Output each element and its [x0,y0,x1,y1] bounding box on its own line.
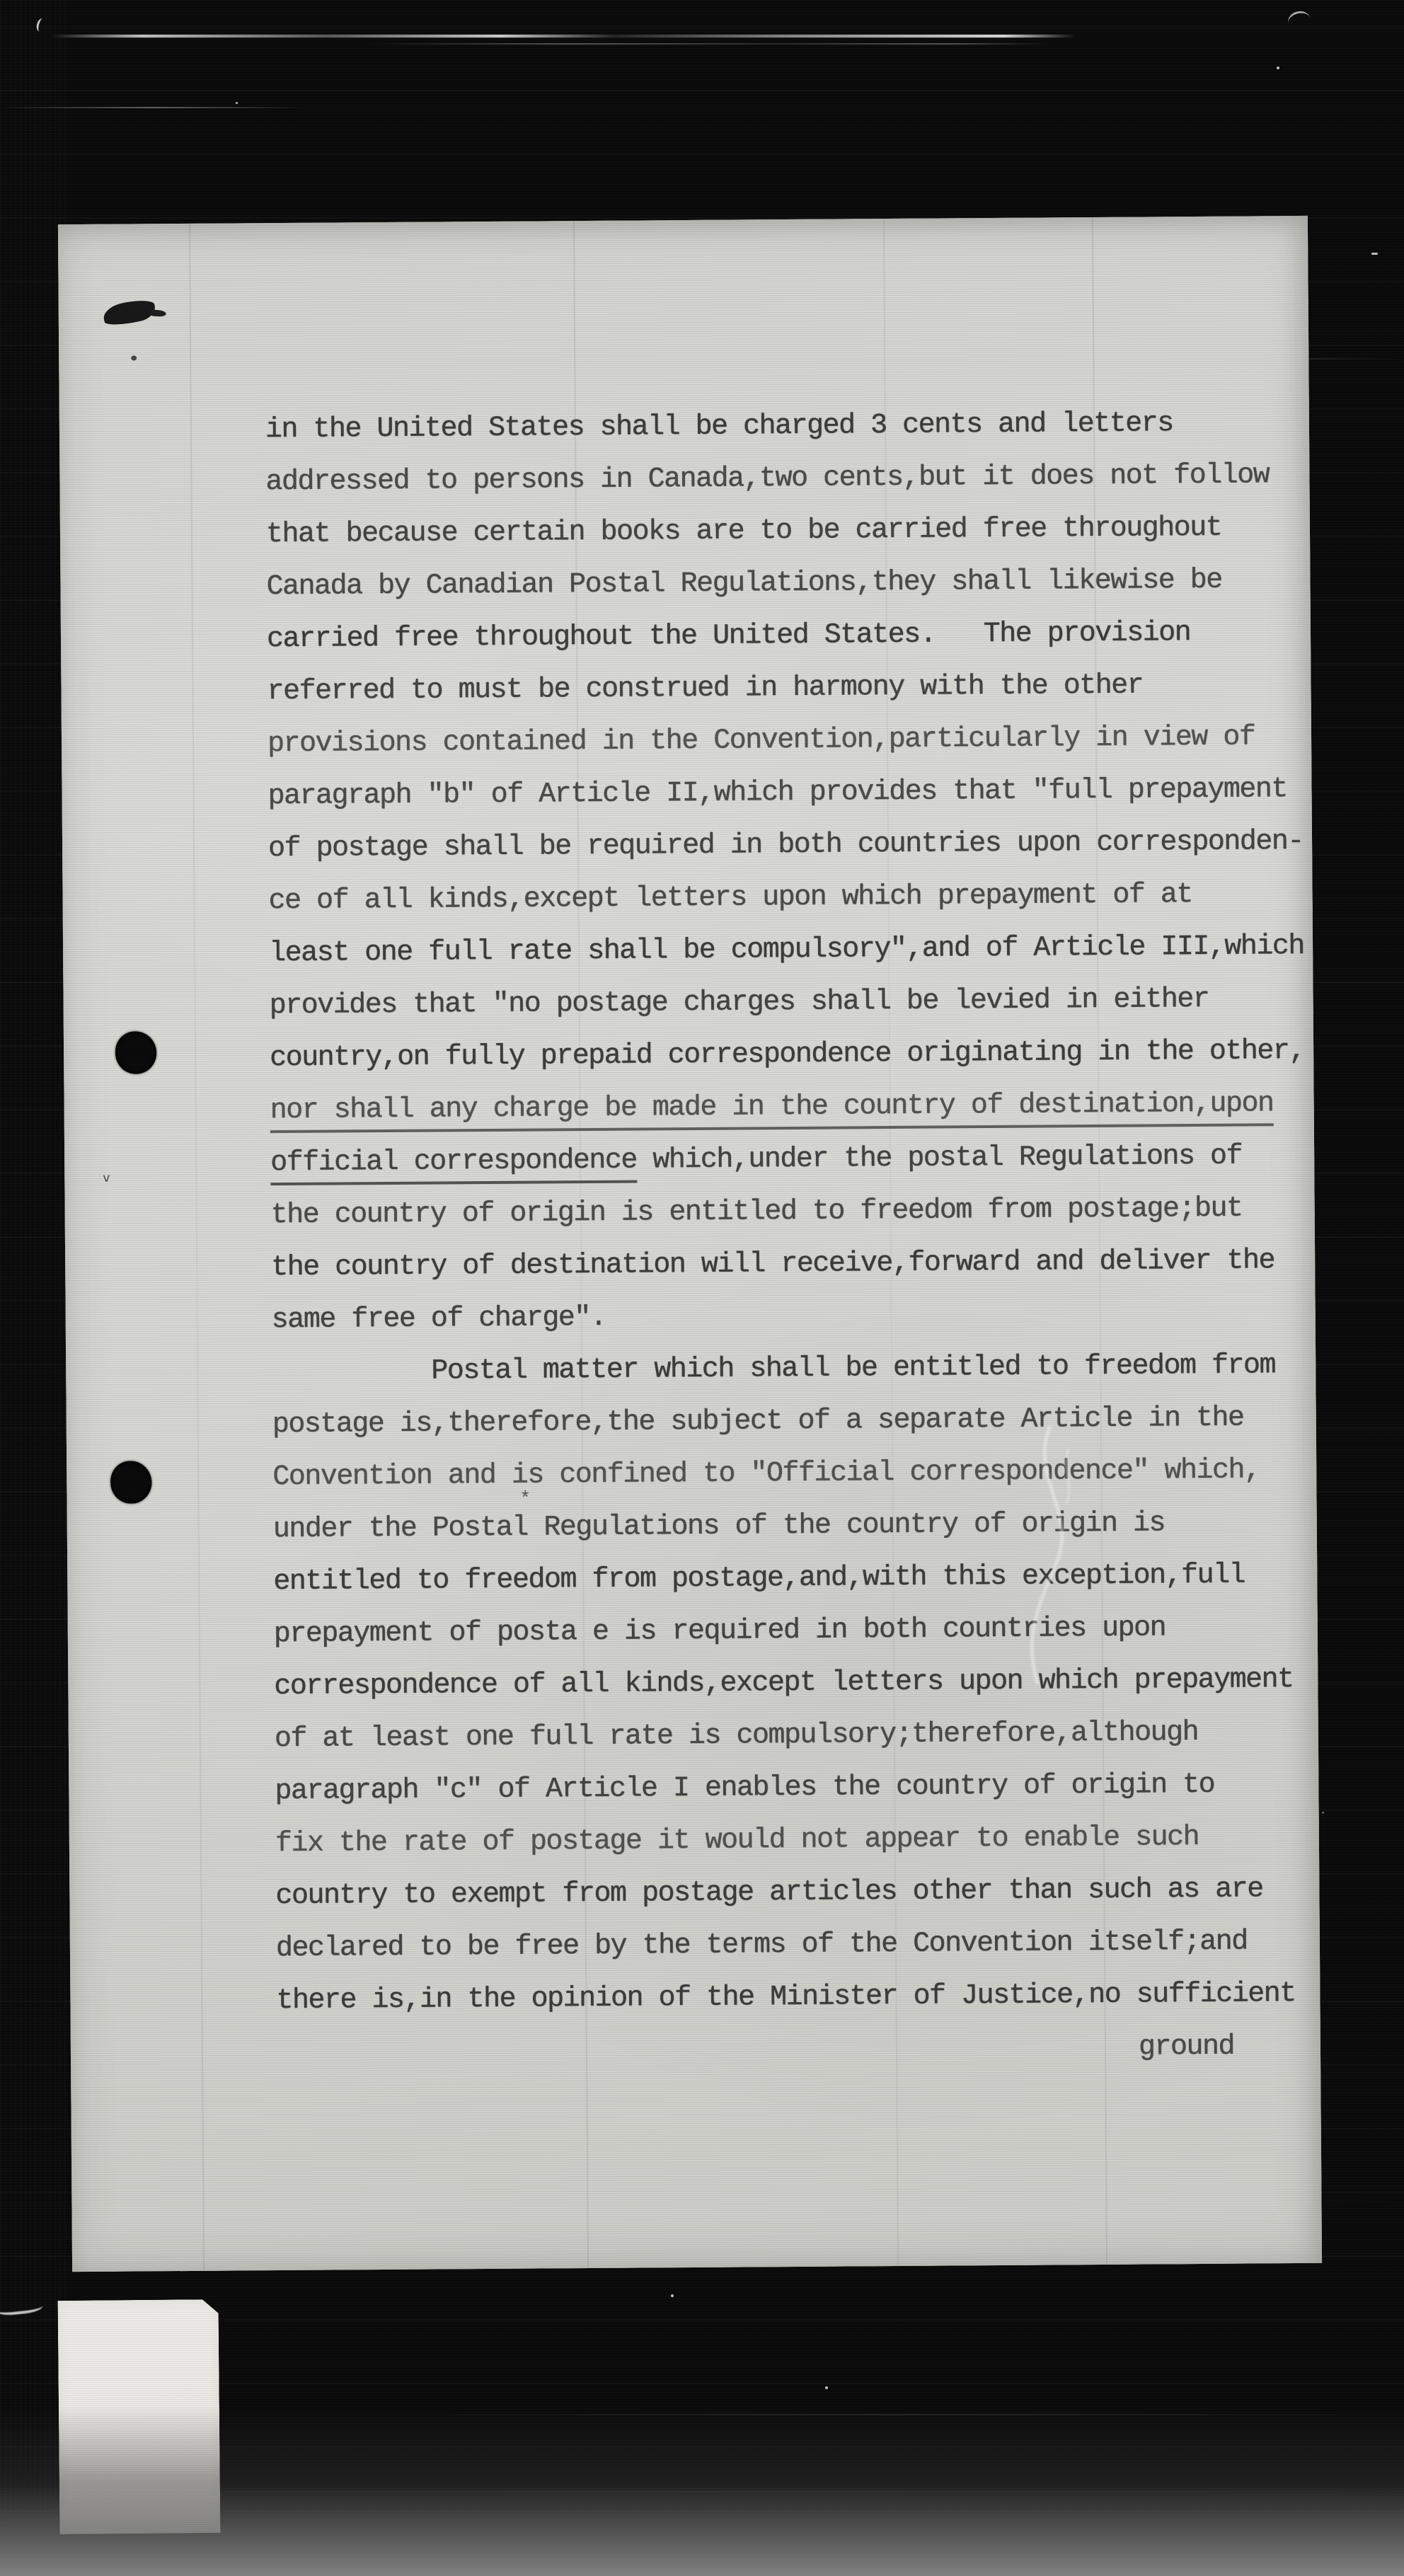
typed-line: declared to be free by the terms of the … [276,1916,1337,1975]
typed-text: country,on fully prepaid correspondence … [270,1035,1305,1074]
typed-text: there is,in the opinion of the Minister … [276,1978,1296,2017]
typed-text: least one full rate shall be compulsory"… [269,931,1304,970]
paper-crease [189,224,205,2271]
typed-text: Convention and is confined to "Official … [272,1454,1260,1493]
ink-dot [131,355,137,360]
typed-text: ce of all kinds,except letters upon whic… [268,879,1192,917]
typed-text: paragraph "b" of Article II,which provid… [267,774,1287,812]
typed-line: prepayment of posta e is required in bot… [274,1602,1335,1661]
typed-line: provides that "no postage charges shall … [269,973,1330,1033]
typed-line: under the Postal Regulations of the coun… [273,1497,1335,1556]
film-scratch-streak-faint [368,43,1047,45]
typed-text: the country of origin is entitled to fre… [271,1193,1243,1232]
bottom-light-leak [0,2406,1404,2576]
typed-line: postage is,therefore,the subject of a se… [272,1392,1334,1451]
typed-line: country to exempt from postage articles … [275,1863,1337,1923]
typed-text: which,under the postal Regulations of [637,1141,1242,1177]
film-mark-top-left [35,18,47,33]
typed-text: declared to be free by the terms of the … [276,1926,1248,1965]
typed-text: referred to must be construed in harmony… [267,670,1143,708]
typed-line: least one full rate shall be compulsory"… [269,921,1330,980]
check-mark: v [103,1171,110,1185]
typed-text: entitled to freedom from postage,and,wit… [273,1560,1245,1599]
dust-speck [671,2294,674,2297]
punch-hole-top [115,1031,156,1074]
typed-line: country,on fully prepaid correspondence … [270,1025,1331,1085]
typed-line: the country of destination will receive,… [271,1235,1333,1294]
typed-text: carried free throughout the United State… [267,617,1191,655]
typed-line: correspondence of all kinds,except lette… [274,1654,1335,1713]
typed-line: Postal matter which shall be entitled to… [272,1340,1333,1399]
typed-text: that because certain books are to be car… [266,512,1222,551]
typed-text: under the Postal Regulations of the coun… [273,1507,1166,1546]
typed-line: paragraph "c" of Article I enables the c… [275,1759,1336,1818]
typed-text: paragraph "c" of Article I enables the c… [275,1769,1214,1807]
typed-text: Postal matter which shall be entitled to… [272,1350,1275,1388]
typed-line: referred to must be construed in harmony… [267,659,1328,718]
typed-text: same free of charge". [272,1302,606,1336]
typed-text: addressed to persons in Canada,two cents… [265,459,1269,498]
typed-line: provisions contained in the Convention,p… [267,711,1329,771]
typed-line: same free of charge". [271,1287,1333,1347]
typed-line: of at least one full rate is compulsory;… [275,1706,1336,1766]
typed-line: addressed to persons in Canada,two cents… [265,449,1327,509]
typed-line: Canada by Canadian Postal Regulations,th… [266,554,1328,614]
typed-text: of postage shall be required in both cou… [268,826,1304,865]
document-page: v * in the United States shall be charge… [58,216,1322,2272]
dust-speck [1371,253,1378,255]
underlined-phrase: official correspondence [270,1145,637,1186]
typed-text: postage is,therefore,the subject of a se… [272,1403,1244,1442]
film-hairline [0,107,304,108]
typed-line: there is,in the opinion of the Minister … [276,1968,1337,2028]
typed-line: ce of all kinds,except letters upon whic… [268,868,1330,928]
typed-line: paragraph "b" of Article II,which provid… [267,764,1329,823]
typed-text: country to exempt from postage articles … [275,1873,1263,1912]
film-scratch-left-edge [0,2298,43,2317]
typed-text: ground [1139,2031,1234,2064]
typed-line: carried free throughout the United State… [267,606,1328,666]
typed-text: fix the rate of postage it would not app… [275,1822,1199,1860]
typed-text: prepayment of posta e is required in bot… [274,1612,1166,1650]
typed-text: provisions contained in the Convention,p… [267,721,1255,760]
typed-text: provides that "no postage charges shall … [269,984,1209,1022]
dust-speck [236,102,238,104]
typed-line: that because certain books are to be car… [266,502,1328,561]
punch-hole-bottom [110,1461,151,1503]
film-left-margin-band [0,0,68,2576]
typed-text: the country of destination will receive,… [271,1245,1274,1284]
typed-text: correspondence of all kinds,except lette… [274,1664,1294,1703]
typed-text: of at least one full rate is compulsory;… [275,1717,1199,1755]
typed-line: in the United States shall be charged 3 … [265,397,1327,456]
typed-text: nor shall any charge be made in the coun… [270,1088,1274,1133]
typed-line: ground [277,2020,1338,2080]
film-scratch-streak [50,35,1076,38]
dust-speck [825,2386,828,2389]
typed-text: in the United States shall be charged 3 … [265,408,1173,446]
ink-blot [102,297,157,328]
typed-line: official correspondence which,under the … [270,1130,1332,1190]
typed-line: of postage shall be required in both cou… [268,816,1330,875]
photographed-document-scan: v * in the United States shall be charge… [0,0,1404,2576]
typed-line: nor shall any charge be made in the coun… [270,1078,1331,1137]
typed-text: Canada by Canadian Postal Regulations,th… [266,565,1222,603]
typed-line: the country of origin is entitled to fre… [270,1183,1332,1242]
film-mark-top-right [1286,9,1313,33]
typed-line: fix the rate of postage it would not app… [275,1811,1337,1870]
typed-line: Convention and is confined to "Official … [272,1444,1334,1504]
typed-line: entitled to freedom from postage,and,wit… [273,1549,1335,1609]
typed-text-block: in the United States shall be charged 3 … [265,397,1338,2080]
dust-speck [1277,67,1279,69]
